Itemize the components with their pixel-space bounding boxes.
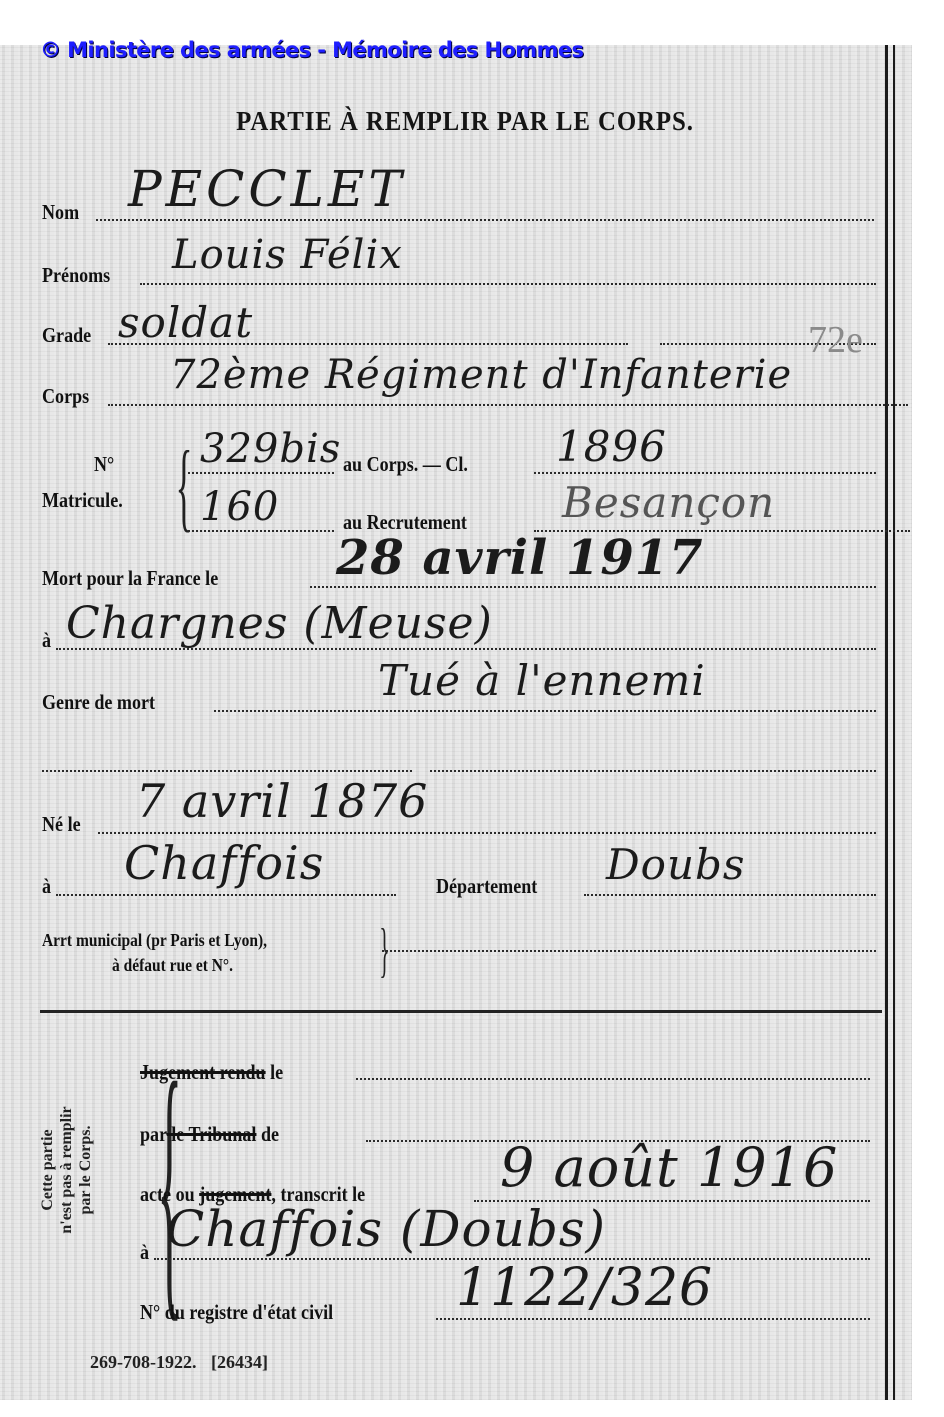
- value-lieu-transcription: Chaffois (Doubs): [166, 1200, 606, 1258]
- value-date-transcription: 9 août 1916: [500, 1136, 838, 1199]
- copyright-watermark: © Ministère des armées - Mémoire des Hom…: [40, 38, 583, 62]
- value-grade: soldat: [118, 298, 253, 347]
- label-jugement: Jugement rendu le: [140, 1060, 283, 1085]
- label-lieu-naissance: à: [42, 874, 51, 899]
- leader-classe: [534, 472, 876, 474]
- side-note: Cette partie n'est pas à remplir par le …: [38, 1060, 95, 1280]
- label-tribunal: par le Tribunal de: [140, 1122, 279, 1147]
- value-lieu-deces: Chargnes (Meuse): [66, 598, 493, 649]
- side-note-line: par le Corps.: [76, 1060, 95, 1280]
- section-divider: [40, 1010, 882, 1013]
- print-code: 269-708-1922.: [90, 1352, 197, 1372]
- matricule-brace: {: [176, 436, 193, 536]
- side-note-line: Cette partie: [38, 1060, 57, 1280]
- leader-genre-de-mort: [214, 710, 876, 712]
- label-au-corps-classe: au Corps. — Cl.: [343, 452, 468, 477]
- leader-matricule-recrutement: [188, 530, 334, 532]
- label-arrondissement-2: à défaut rue et N°.: [112, 955, 233, 976]
- value-recrutement-lieu: Besançon: [562, 478, 775, 527]
- value-lieu-naissance: Chaffois: [124, 836, 324, 890]
- leader-prenoms: [140, 283, 876, 285]
- print-footer: 269-708-1922. [26434]: [90, 1352, 268, 1373]
- form-title: PARTIE À REMPLIR PAR LE CORPS.: [37, 106, 893, 137]
- value-nom: PECCLET: [128, 160, 406, 218]
- label-lieu-transcription: à: [140, 1240, 149, 1265]
- leader-lieu-naissance: [56, 894, 396, 896]
- leader-corps: [108, 404, 908, 406]
- value-matricule-recrutement: 160: [200, 484, 279, 530]
- leader-matricule-corps: [188, 472, 334, 474]
- leader-registre: [436, 1318, 870, 1320]
- leader-departement: [584, 894, 876, 896]
- value-classe: 1896: [556, 422, 667, 471]
- value-corps: 72ème Régiment d'Infanterie: [170, 352, 792, 398]
- label-matricule-no: N°: [94, 452, 114, 477]
- label-prenoms: Prénoms: [42, 263, 110, 288]
- label-corps: Corps: [42, 384, 89, 409]
- leader-nom: [96, 219, 874, 221]
- margin-rule: [885, 45, 888, 1400]
- leader-blank-2: [430, 770, 876, 772]
- leader-mort-pour-la-france: [310, 586, 876, 588]
- value-genre-de-mort: Tué à l'ennemi: [378, 656, 706, 705]
- label-grade: Grade: [42, 323, 91, 348]
- leader-jugement: [356, 1078, 870, 1080]
- value-prenoms: Louis Félix: [172, 232, 403, 278]
- leader-ne-le: [98, 832, 876, 834]
- label-arrondissement: Arrt municipal (pr Paris et Lyon),: [42, 930, 267, 951]
- value-registre: 1122/326: [456, 1258, 713, 1318]
- label-nom: Nom: [42, 200, 79, 225]
- label-departement: Département: [436, 874, 537, 899]
- leader-arrondissement: [382, 950, 876, 952]
- label-mort-pour-la-france: Mort pour la France le: [42, 566, 218, 591]
- side-note-line: n'est pas à remplir: [57, 1060, 76, 1280]
- label-matricule: Matricule.: [42, 488, 123, 513]
- leader-blank: [42, 770, 412, 772]
- print-ref: [26434]: [211, 1352, 268, 1372]
- label-genre-de-mort: Genre de mort: [42, 690, 155, 715]
- margin-rule: [893, 45, 895, 1400]
- value-departement: Doubs: [606, 840, 745, 889]
- label-registre: N° du registre d'état civil: [140, 1300, 333, 1325]
- label-lieu-deces: à: [42, 628, 51, 653]
- value-matricule-corps: 329bis: [200, 426, 341, 472]
- value-date-naissance: 7 avril 1876: [136, 774, 428, 828]
- label-ne-le: Né le: [42, 812, 81, 837]
- corps-stamp: 72e: [808, 318, 863, 362]
- value-date-deces: 28 avril 1917: [336, 530, 704, 586]
